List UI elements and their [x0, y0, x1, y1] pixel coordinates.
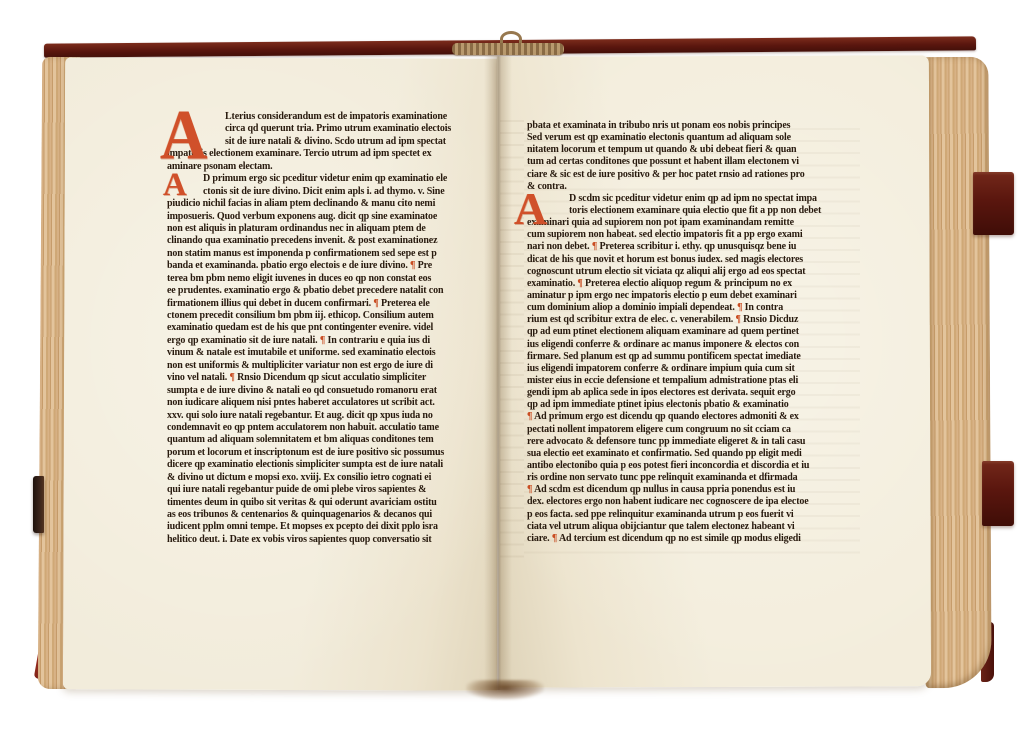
- text-line: cum supiorem non habeat. sed electio imp…: [527, 229, 863, 241]
- pilcrow-mark: ¶: [373, 298, 378, 309]
- text-line: banda et examinanda. pbatio ergo electoi…: [167, 260, 489, 272]
- text-line: rium est qd scribitur extra de elec. c. …: [527, 314, 863, 326]
- left-page-text-column: ALterius considerandum est de impatoris …: [167, 111, 489, 546]
- paragraph: ALterius considerandum est de impatoris …: [167, 111, 489, 173]
- text-line: ergo qp examinatio sit de iure natali. ¶…: [167, 335, 489, 347]
- pilcrow-mark: ¶: [592, 241, 597, 252]
- paragraph: AD primum ergo sic pceditur videtur enim…: [167, 173, 489, 546]
- text-line: pectati nollent impatorem eligere cum co…: [527, 424, 863, 436]
- text-line: sit de iure natali & divino. Scdo utrum …: [167, 136, 489, 148]
- pilcrow-mark: ¶: [577, 278, 582, 289]
- text-line: dicere qp examinatio electionis simplici…: [167, 459, 489, 471]
- text-line: ciare. ¶ Ad tercium est dicendum qp no e…: [527, 533, 863, 545]
- text-line: ee prudentes. examinatio ergo & pbatio d…: [167, 285, 489, 297]
- text-line: firmare. Sed planum est qp ad summu pont…: [527, 351, 863, 363]
- text-line: D primum ergo sic pceditur videtur enim …: [167, 173, 489, 185]
- text-line: imposueris. Quod verbum exponens aug. di…: [167, 211, 489, 223]
- pilcrow-mark: ¶: [229, 372, 234, 383]
- text-line: ius eligendi conferre & ordinare ac manu…: [527, 339, 863, 351]
- text-line: nitatem locorum et tempum ut quando & ub…: [527, 144, 863, 156]
- text-line: non iudicare aliquem nisi pntes haberet …: [167, 397, 489, 409]
- text-line: piudicio nichil facias in aliam ptem dec…: [167, 198, 489, 210]
- pilcrow-mark: ¶: [410, 260, 415, 271]
- text-line: Sed verum est qp examinatio electonis qu…: [527, 132, 863, 144]
- text-line: firmationem illius qui debet in ducem co…: [167, 298, 489, 310]
- clasp-catch-left: [33, 476, 44, 533]
- text-line: ciare & sic est de iure positivo & per h…: [527, 169, 863, 181]
- paragraph: pbata et examinata in tribubo nris ut po…: [527, 120, 863, 193]
- gutter-bottom-stain: [466, 680, 544, 700]
- text-line: dicat de his que novit et horum est bonu…: [527, 254, 863, 266]
- paragraph: AD scdm sic pceditur videtur enim qp ad …: [527, 193, 863, 545]
- text-line: timentes deum in quibo sit veritas & qui…: [167, 497, 489, 509]
- text-line: vino vel natali. ¶ Rnsio Dicendum qp sic…: [167, 372, 489, 384]
- text-line: antibo electonibo quia p eos potest fier…: [527, 460, 863, 472]
- pilcrow-mark: ¶: [552, 533, 557, 544]
- text-line: mister eius in eccie defensione et tempa…: [527, 375, 863, 387]
- text-line: nari non debet. ¶ Preterea scribitur i. …: [527, 241, 863, 253]
- text-line: helitico deut. i. Date ex vobis viros sa…: [167, 534, 489, 546]
- text-line: ¶ Ad scdm est dicendum qp nullus in caus…: [527, 484, 863, 496]
- text-line: ciata vel utrum aliqua obijciantur que t…: [527, 521, 863, 533]
- text-line: xxv. qui solo iure natali regebantur. Et…: [167, 410, 489, 422]
- text-line: examinatio. ¶ Preterea electio aliquop r…: [527, 278, 863, 290]
- text-line: condemnavit eo qp pntem acculatorem non …: [167, 422, 489, 434]
- illuminated-initial: A: [160, 105, 208, 168]
- pilcrow-mark: ¶: [320, 335, 325, 346]
- right-page-text-column: pbata et examinata in tribubo nris ut po…: [527, 120, 863, 545]
- book-photograph: ALterius considerandum est de impatoris …: [0, 0, 1018, 741]
- text-line: ctonis sit de iure divino. Dicit enim ap…: [167, 186, 489, 198]
- pilcrow-mark: ¶: [737, 302, 742, 313]
- illuminated-initial: A: [163, 170, 187, 200]
- text-line: pbata et examinata in tribubo nris ut po…: [527, 120, 863, 132]
- text-line: vinum & natale est imutabile et uniforme…: [167, 347, 489, 359]
- text-line: non est uniformis & multipliciter variat…: [167, 360, 489, 372]
- text-line: cognoscunt utrum electio sit viciata qz …: [527, 266, 863, 278]
- pilcrow-mark: ¶: [527, 411, 532, 422]
- text-line: circa qd querunt tria. Primo utrum exami…: [167, 123, 489, 135]
- pilcrow-mark: ¶: [527, 484, 532, 495]
- text-line: aminatur p ipm ergo nec impatoris electi…: [527, 290, 863, 302]
- text-line: D scdm sic pceditur videtur enim qp ad i…: [527, 193, 863, 205]
- clasp-strap-upper: [973, 172, 1014, 235]
- text-line: non est aliquis in platuram ordinandus n…: [167, 223, 489, 235]
- text-line: qp ad ipm immediate ptinet ipius electon…: [527, 399, 863, 411]
- pilcrow-mark: ¶: [735, 314, 740, 325]
- text-line: sua electio eet examinato et confirmatio…: [527, 448, 863, 460]
- text-line: iudicent pplm omni tempe. Et mopses ex p…: [167, 521, 489, 533]
- text-line: & divino ut dictum e mopsi exo. xviij. E…: [167, 472, 489, 484]
- text-line: tum ad certas conditones que possunt et …: [527, 156, 863, 168]
- text-line: ¶ Ad primum ergo est dicendu qp quando e…: [527, 411, 863, 423]
- text-line: examinari quia ad supiorem non pot ipam …: [527, 217, 863, 229]
- text-line: terea bm pbm nemo eligit iuvenes in duce…: [167, 273, 489, 285]
- text-line: ius eligendi impatorem conferre & ordina…: [527, 363, 863, 375]
- text-line: aminare psonam electam.: [167, 161, 489, 173]
- text-line: toris electionem examinare quia electio …: [527, 205, 863, 217]
- text-line: cum dominium aliop a dominio impiali dep…: [527, 302, 863, 314]
- text-line: ris ordine non servato tunc ppe relinqui…: [527, 472, 863, 484]
- text-line: impatoris electionem examinare. Tercio u…: [167, 148, 489, 160]
- text-line: ctonem precedit consilium bm pbm iij. et…: [167, 310, 489, 322]
- text-line: & contra.: [527, 181, 863, 193]
- text-line: qui iure natali regebantur puide de omi …: [167, 484, 489, 496]
- text-line: sumpta e de iure divino & natali eo qd c…: [167, 385, 489, 397]
- text-line: as eos tribunos & centenarios & quinquag…: [167, 509, 489, 521]
- text-line: examinatio quedam est de his que pnt con…: [167, 322, 489, 334]
- text-line: dex. electores ergo non habent iudicare …: [527, 496, 863, 508]
- fore-edge-right: [922, 57, 991, 688]
- text-line: gendi ipm ab aplica sede in ipos elector…: [527, 387, 863, 399]
- text-line: non statim manus est imponenda p confirm…: [167, 248, 489, 260]
- text-line: rere advocato & defensore tunc pp immedi…: [527, 436, 863, 448]
- clasp-strap-lower: [982, 461, 1014, 526]
- text-line: porum et locorum et inscriptonum est de …: [167, 447, 489, 459]
- text-line: quantum ad aliquam solemnitatem et bm al…: [167, 434, 489, 446]
- text-line: Lterius considerandum est de impatoris e…: [167, 111, 489, 123]
- illuminated-initial: A: [514, 188, 547, 230]
- text-line: qp ad eum ptinet electionem aliquam exam…: [527, 326, 863, 338]
- spine-headband: [452, 43, 564, 55]
- text-line: clinando qua examinatio precedens inveni…: [167, 235, 489, 247]
- text-line: p eos facta. sed ppe relinquitur examina…: [527, 509, 863, 521]
